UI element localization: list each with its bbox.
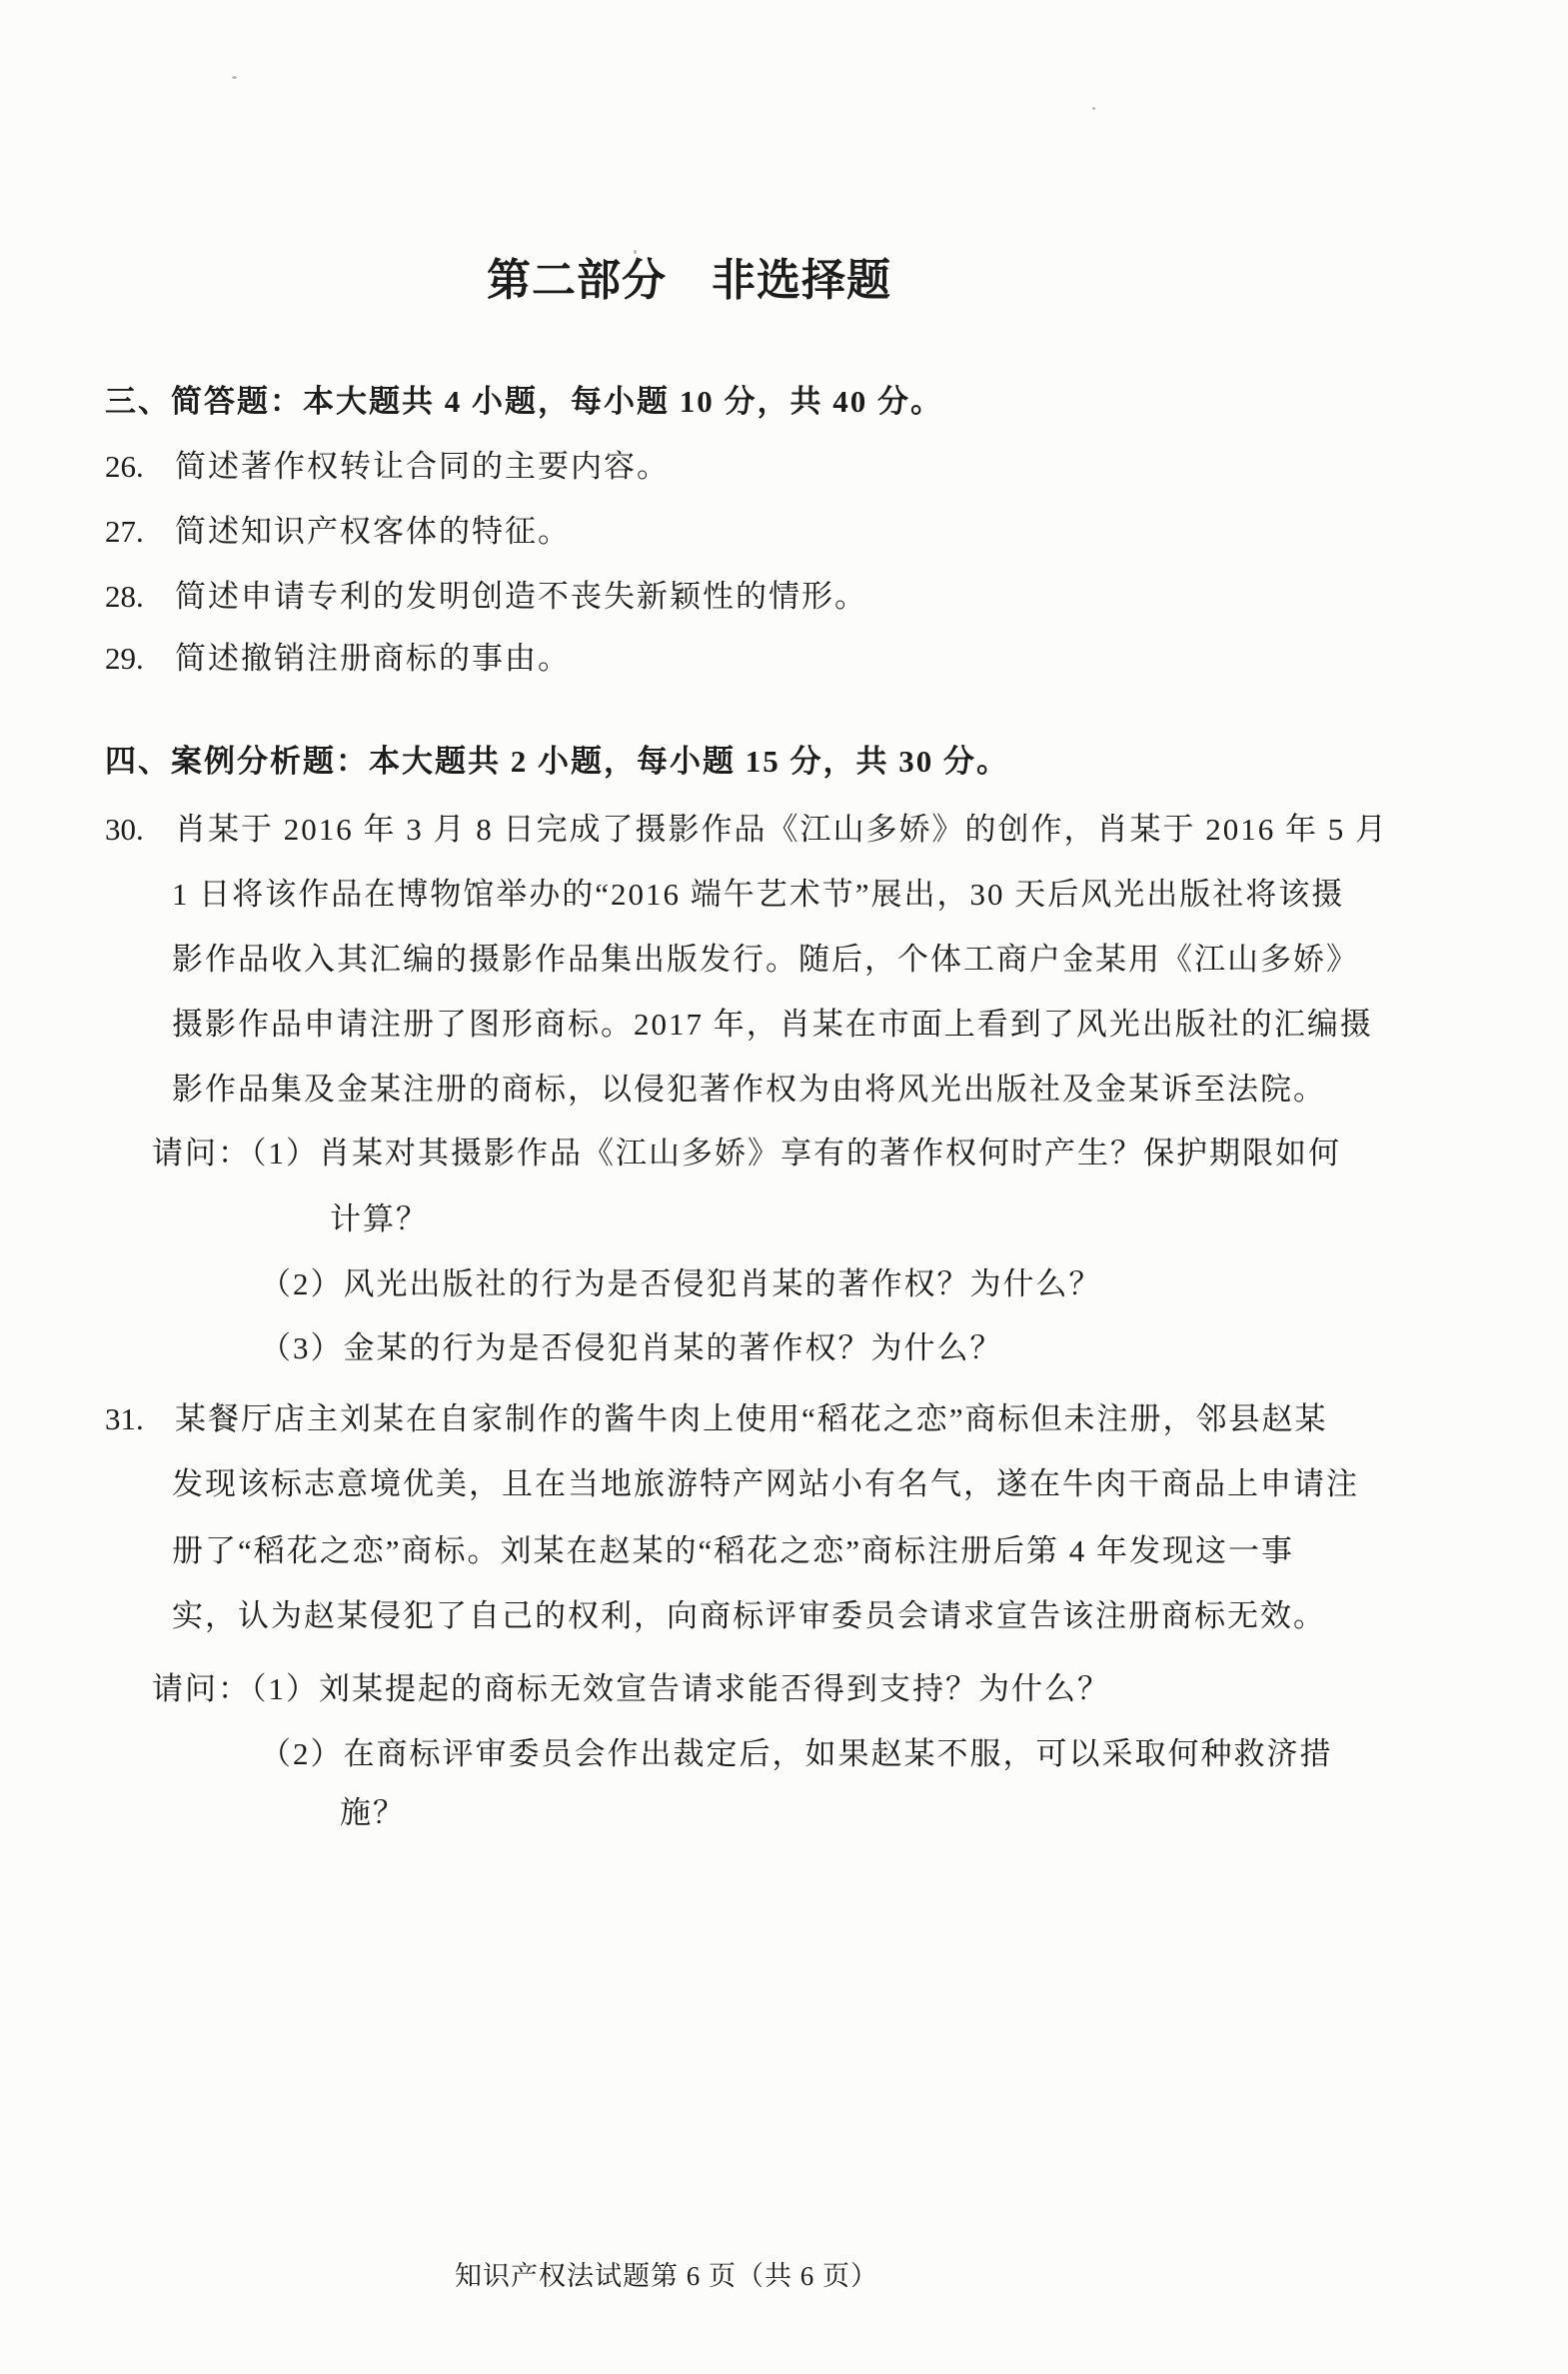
- question-29-text: 简述撤销注册商标的事由。: [175, 641, 571, 676]
- question-30-ask-1-cont: 计算？: [330, 1199, 429, 1239]
- question-30-line-2: 1 日将该作品在博物馆举办的“2016 端午艺术节”展出，30 天后风光出版社将…: [172, 875, 1344, 915]
- question-31-text: 某餐厅店主刘某在自家制作的酱牛肉上使用“稻花之恋”商标但未注册，邻县赵某: [175, 1401, 1328, 1436]
- question-28-number: 28.: [105, 577, 175, 617]
- question-31-number: 31.: [105, 1399, 175, 1439]
- section3-heading: 三、简答题：本大题共 4 小题，每小题 10 分，共 40 分。: [105, 382, 943, 422]
- question-31-ask-1: 请问：（1）刘某提起的商标无效宣告请求能否得到支持？为什么？: [152, 1669, 1110, 1709]
- question-28: 28.简述申请专利的发明创造不丧失新颖性的情形。: [105, 577, 867, 617]
- question-31-ask-2: （2）在商标评审委员会作出裁定后，如果赵某不服，可以采取何种救济措: [260, 1734, 1333, 1774]
- question-30-line-1: 30.肖某于 2016 年 3 月 8 日完成了摄影作品《江山多娇》的创作，肖某…: [105, 810, 1388, 850]
- question-27-text: 简述知识产权客体的特征。: [175, 514, 571, 549]
- question-30-line-5: 影作品集及金某注册的商标，以侵犯著作权为由将风光出版社及金某诉至法院。: [172, 1070, 1326, 1110]
- exam-page: 第二部分 非选择题 三、简答题：本大题共 4 小题，每小题 10 分，共 40 …: [0, 0, 1568, 2374]
- question-29-number: 29.: [105, 639, 175, 679]
- question-27-number: 27.: [105, 512, 175, 552]
- question-31-line-3: 册了“稻花之恋”商标。刘某在赵某的“稻花之恋”商标注册后第 4 年发现这一事: [172, 1531, 1294, 1571]
- question-29: 29.简述撤销注册商标的事由。: [105, 639, 571, 679]
- question-27: 27.简述知识产权客体的特征。: [105, 512, 571, 552]
- question-31-line-2: 发现该标志意境优美，且在当地旅游特产网站小有名气，遂在牛肉干商品上申请注: [172, 1464, 1359, 1504]
- page-footer: 知识产权法试题第 6 页（共 6 页）: [455, 2254, 878, 2293]
- question-30-text: 肖某于 2016 年 3 月 8 日完成了摄影作品《江山多娇》的创作，肖某于 2…: [175, 812, 1388, 847]
- question-30-ask-2: （2）风光出版社的行为是否侵犯肖某的著作权？为什么？: [260, 1264, 1102, 1304]
- question-26: 26.简述著作权转让合同的主要内容。: [105, 447, 670, 487]
- question-31-line-1: 31.某餐厅店主刘某在自家制作的酱牛肉上使用“稻花之恋”商标但未注册，邻县赵某: [105, 1399, 1328, 1439]
- part-title: 第二部分 非选择题: [487, 244, 891, 308]
- question-28-text: 简述申请专利的发明创造不丧失新颖性的情形。: [175, 579, 867, 614]
- scan-speck: [1092, 107, 1095, 110]
- scan-speck: [232, 76, 237, 79]
- section4-heading: 四、案例分析题：本大题共 2 小题，每小题 15 分，共 30 分。: [105, 742, 1009, 782]
- question-30-ask-3: （3）金某的行为是否侵犯肖某的著作权？为什么？: [260, 1328, 1003, 1368]
- question-26-text: 简述著作权转让合同的主要内容。: [175, 449, 670, 484]
- question-31-line-4: 实，认为赵某侵犯了自己的权利，向商标评审委员会请求宣告该注册商标无效。: [172, 1596, 1326, 1636]
- question-30-ask-1: 请问：（1）肖某对其摄影作品《江山多娇》享有的著作权何时产生？保护期限如何: [152, 1134, 1341, 1174]
- question-31-ask-2-cont: 施？: [340, 1793, 406, 1833]
- question-30-line-4: 摄影作品申请注册了图形商标。2017 年，肖某在市面上看到了风光出版社的汇编摄: [172, 1005, 1373, 1045]
- question-30-line-3: 影作品收入其汇编的摄影作品集出版发行。随后，个体工商户金某用《江山多娇》: [172, 940, 1359, 980]
- question-30-number: 30.: [105, 810, 175, 850]
- question-26-number: 26.: [105, 447, 175, 487]
